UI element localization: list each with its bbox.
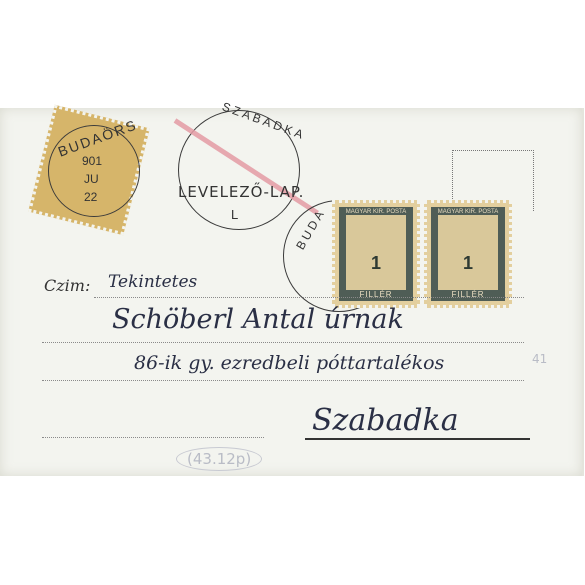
address-line-1: Tekintetes — [108, 272, 197, 292]
address-rule-1 — [94, 297, 524, 298]
address-rule-4 — [42, 437, 264, 438]
address-underline — [305, 438, 530, 440]
address-rule-3 — [42, 380, 524, 381]
pencil-note-number: 41 — [532, 352, 547, 366]
postmark-date-month: JU — [84, 172, 99, 186]
pencil-note-price: (43.12p) — [176, 447, 262, 471]
address-label: Czim: — [44, 276, 90, 295]
stamp-value: 1 — [335, 253, 417, 274]
postmark-date-year: 901 — [82, 154, 102, 168]
green-stamp-2: MAGYAR KIR. POSTA 1 FILLÉR — [424, 200, 512, 308]
address-line-4: Szabadka — [312, 403, 459, 438]
postcard-heading: LEVELEZŐ-LAP. — [178, 183, 304, 201]
address-line-2: Schöberl Antal úrnak — [112, 304, 404, 335]
address-line-3: 86-ik gy. ezredbeli póttartalékos — [134, 352, 444, 374]
stamp-value: 1 — [427, 253, 509, 274]
address-rule-2 — [42, 342, 524, 343]
green-stamp-1: MAGYAR KIR. POSTA 1 FILLÉR — [332, 200, 420, 308]
szabadka-postmark-letter: L — [231, 207, 238, 222]
postmark-date-day: 22 — [84, 190, 97, 204]
